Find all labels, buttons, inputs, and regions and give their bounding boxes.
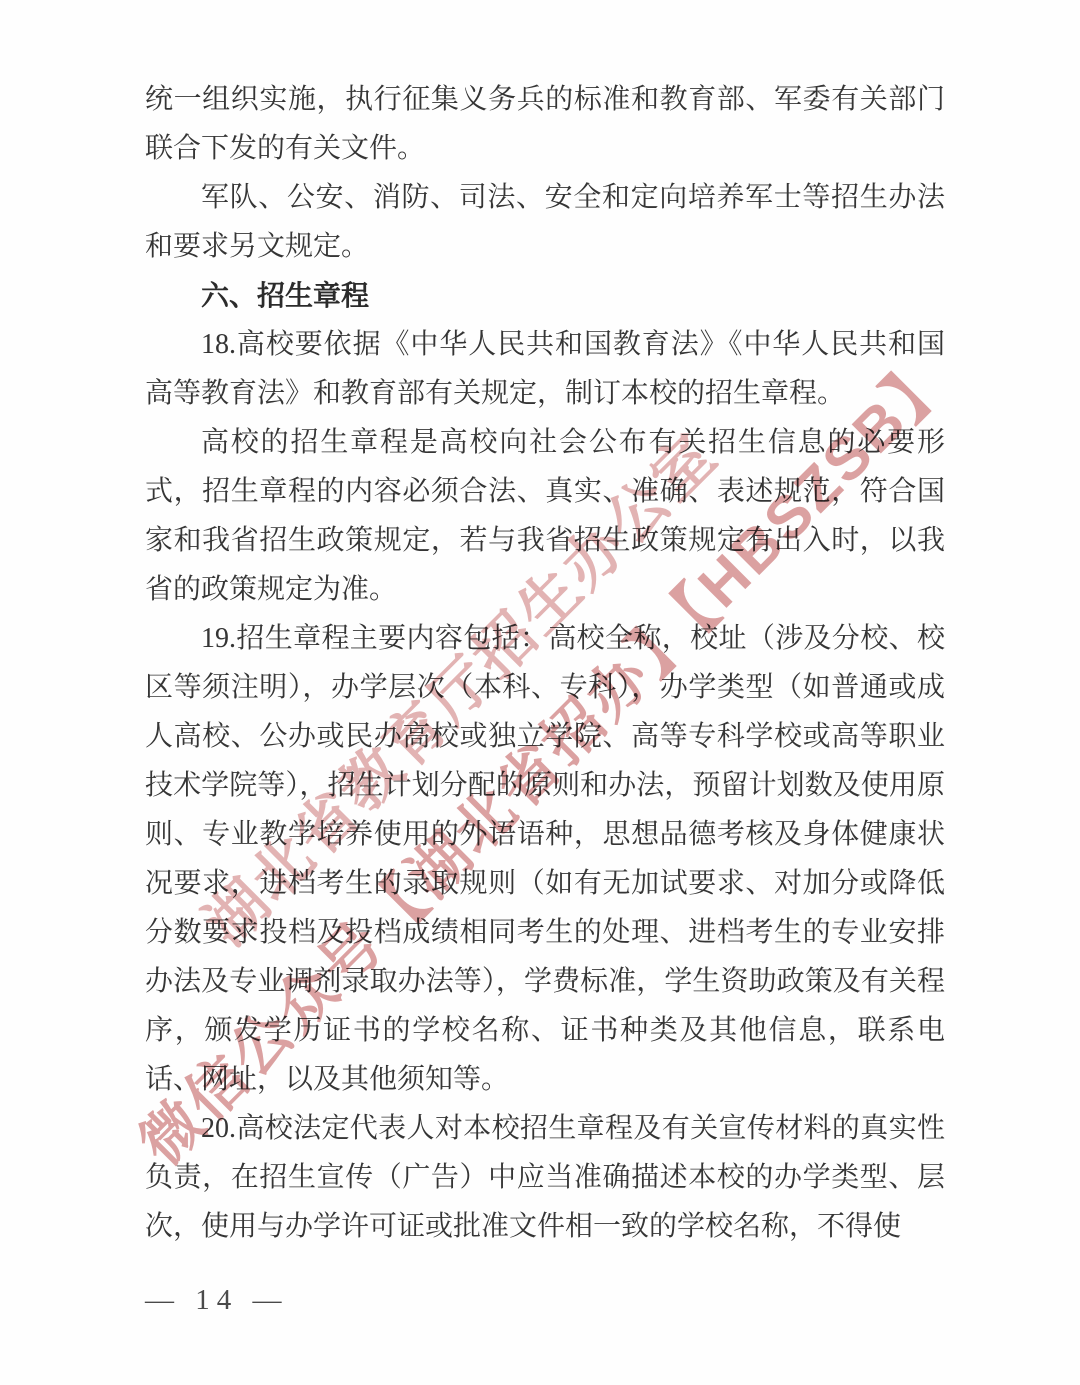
- document-page: 统一组织实施，执行征集义务兵的标准和教育部、军委有关部门联合下发的有关文件。 军…: [0, 0, 1080, 1385]
- paragraph: 18.高校要依据《中华人民共和国教育法》《中华人民共和国高等教育法》和教育部有关…: [145, 320, 945, 418]
- paragraph: 军队、公安、消防、司法、安全和定向培养军士等招生办法和要求另文规定。: [145, 173, 945, 271]
- paragraph: 统一组织实施，执行征集义务兵的标准和教育部、军委有关部门联合下发的有关文件。: [145, 75, 945, 173]
- section-heading: 六、招生章程: [145, 271, 945, 320]
- paragraph: 19.招生章程主要内容包括：高校全称，校址（涉及分校、校区等须注明），办学层次（…: [145, 614, 945, 1104]
- paragraph: 高校的招生章程是高校向社会公布有关招生信息的必要形式，招生章程的内容必须合法、真…: [145, 418, 945, 614]
- page-number: — 14 —: [145, 1284, 289, 1317]
- paragraph: 20.高校法定代表人对本校招生章程及有关宣传材料的真实性负责，在招生宣传（广告）…: [145, 1104, 945, 1251]
- document-body: 统一组织实施，执行征集义务兵的标准和教育部、军委有关部门联合下发的有关文件。 军…: [145, 75, 945, 1251]
